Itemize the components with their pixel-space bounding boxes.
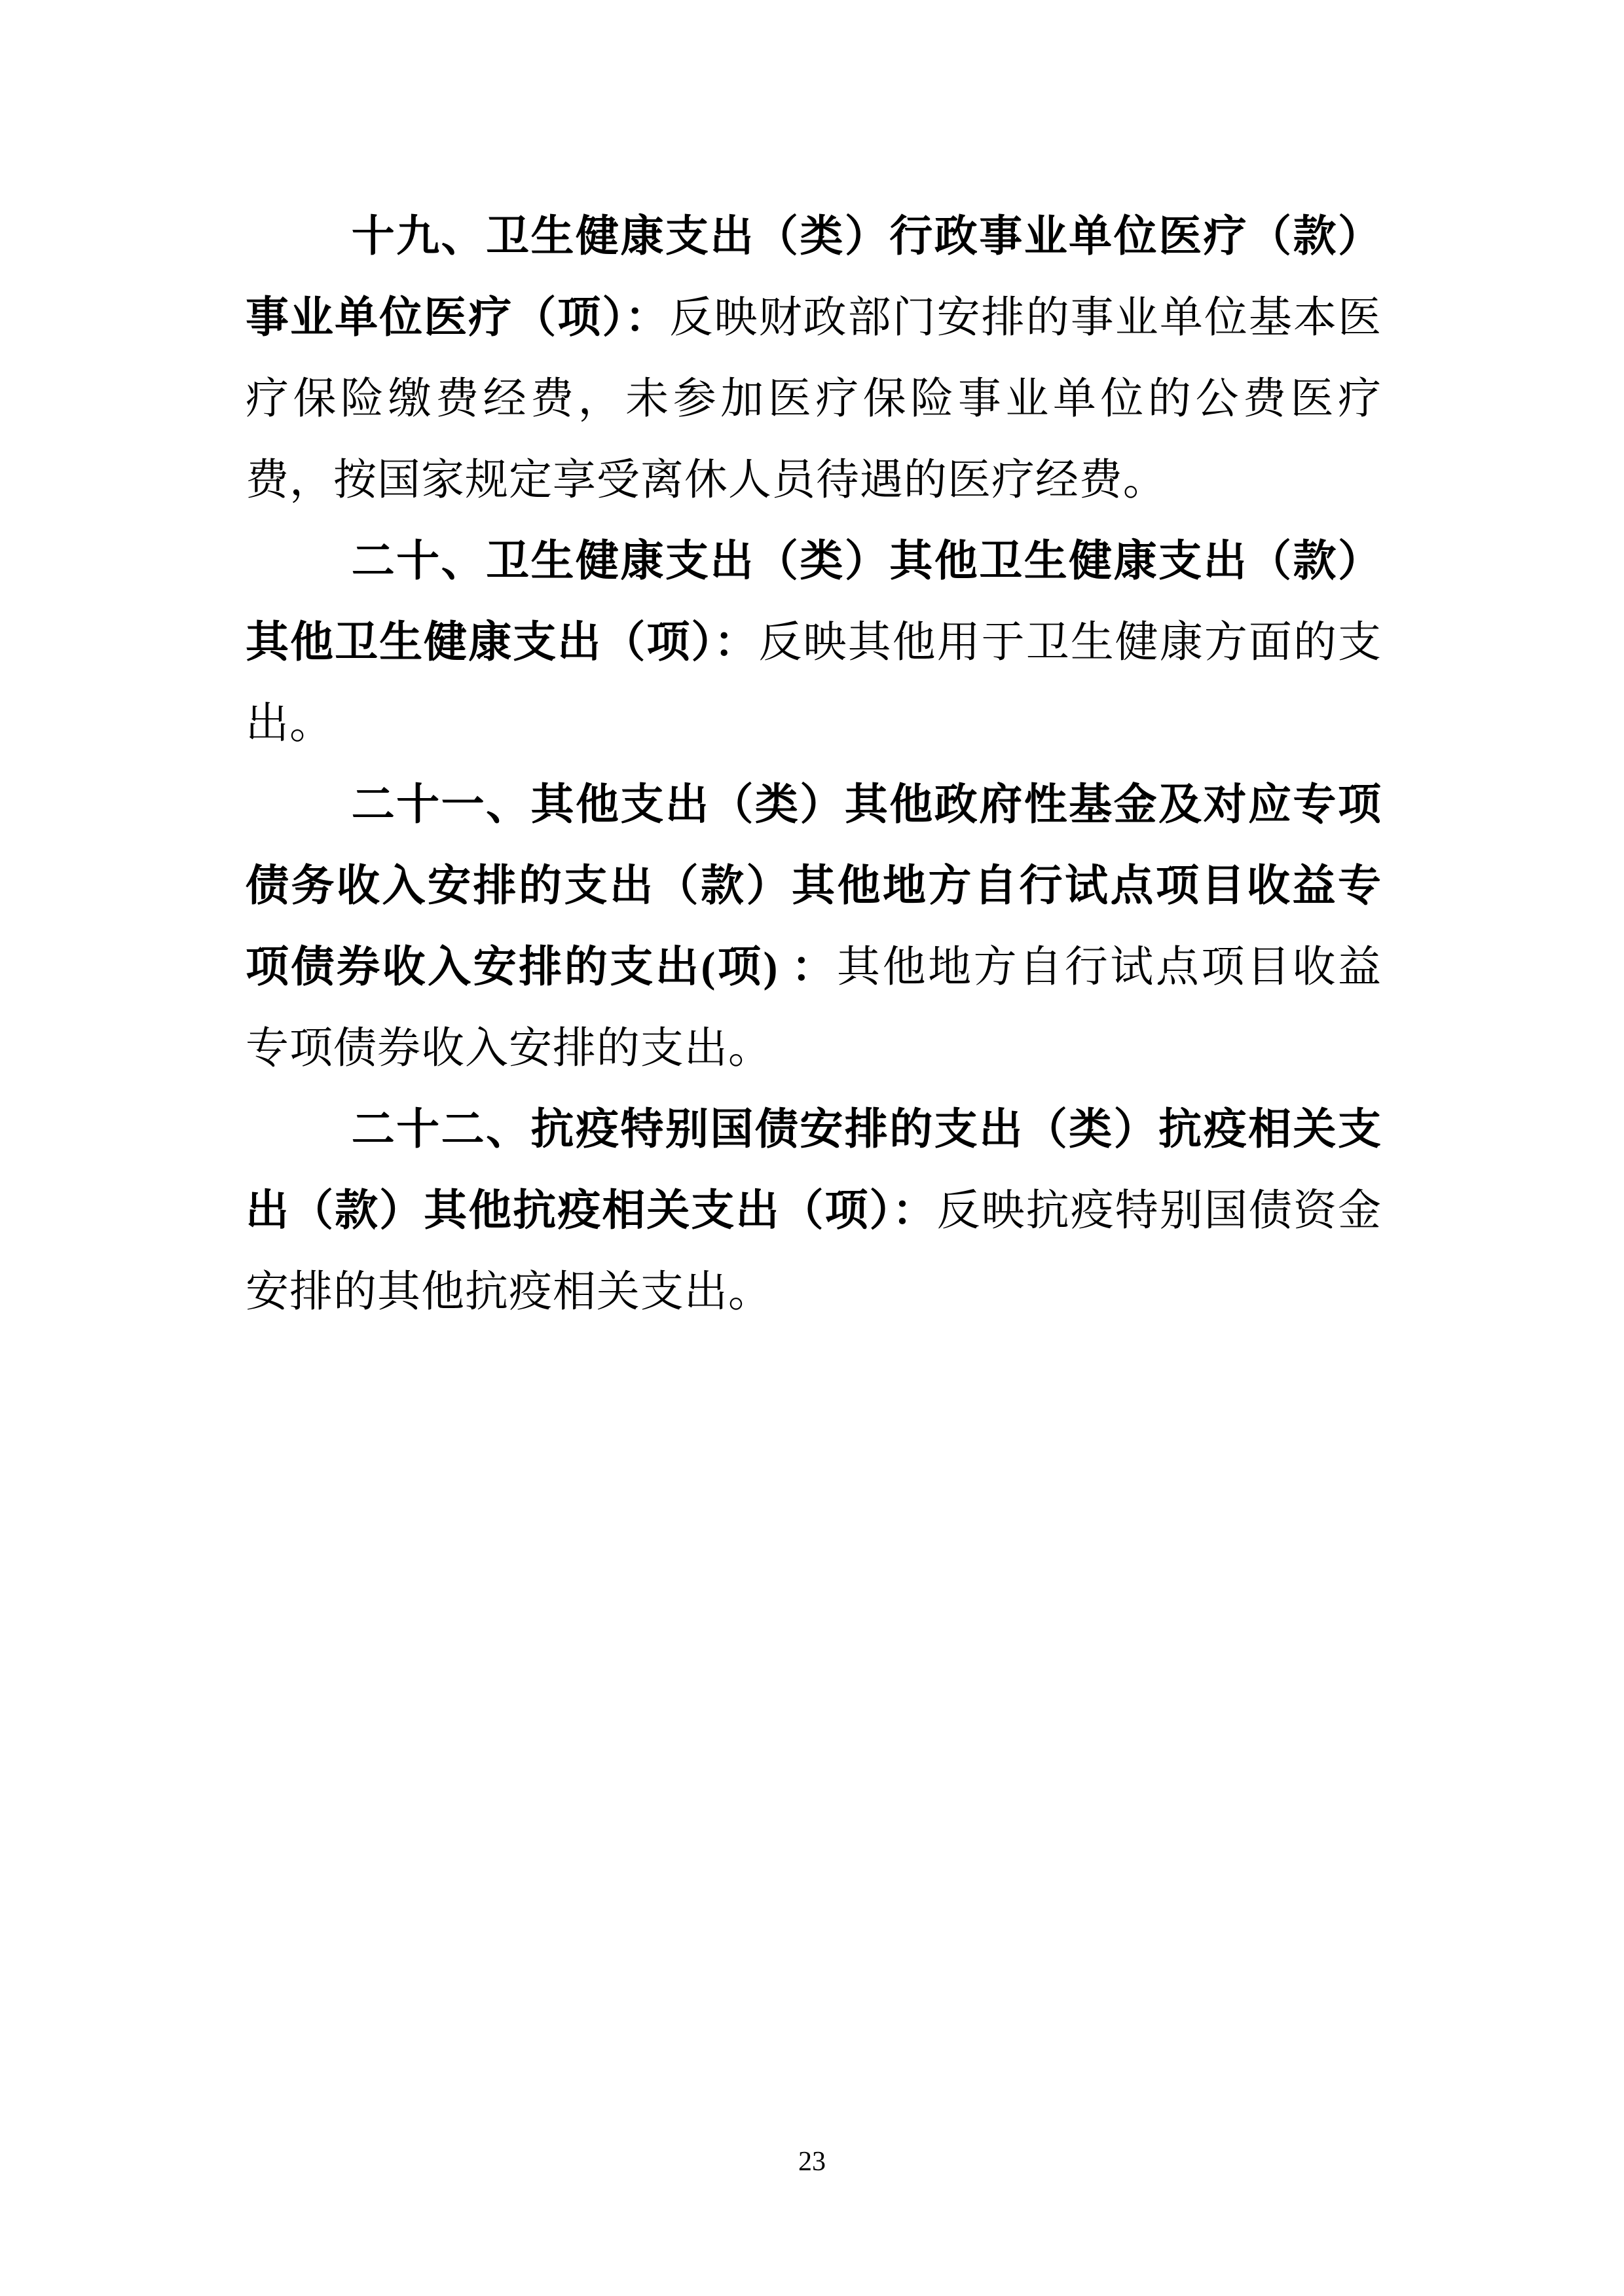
document-page: { "document": { "language": "zh-CN", "pa…: [0, 0, 1624, 2296]
page-number: 23: [798, 2147, 826, 2177]
paragraph-22: 二十二、抗疫特别国债安排的支出（类）抗疫相关支出（款）其他抗疫相关支出（项）：反…: [246, 1089, 1382, 1333]
paragraph-21: 二十一、其他支出（类）其他政府性基金及对应专项债务收入安排的支出（款）其他地方自…: [246, 765, 1382, 1089]
page-footer: 23: [0, 2146, 1624, 2178]
paragraph-20: 二十、卫生健康支出（类）其他卫生健康支出（款）其他卫生健康支出（项）：反映其他用…: [246, 521, 1382, 765]
paragraph-19: 十九、卫生健康支出（类）行政事业单位医疗（款）事业单位医疗（项）：反映财政部门安…: [246, 196, 1382, 521]
document-body: 十九、卫生健康支出（类）行政事业单位医疗（款）事业单位医疗（项）：反映财政部门安…: [246, 196, 1382, 1333]
